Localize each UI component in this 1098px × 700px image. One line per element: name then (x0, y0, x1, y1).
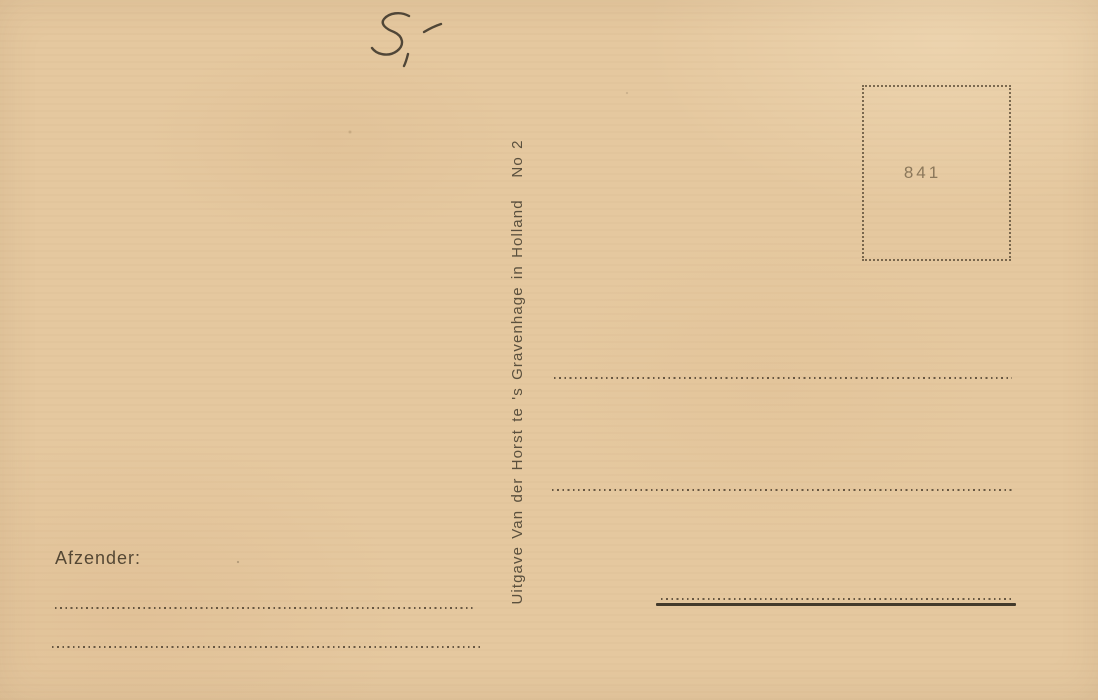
sender-line-2 (52, 646, 480, 648)
pencil-marks-icon (362, 5, 458, 71)
stamp-box-number: 841 (904, 163, 941, 183)
address-line-1 (554, 377, 1012, 379)
address-line-2 (552, 489, 1014, 491)
handwritten-price: 5,- (362, 5, 458, 71)
publisher-imprint: Uitgave Van der Horst te 's Gravenhage i… (509, 122, 533, 622)
sender-line-1 (55, 607, 476, 609)
postcard-back: 5,- 841 Uitgave Van der Horst te 's Grav… (0, 0, 1098, 700)
address-line-3-dotted (661, 598, 1011, 600)
address-line-3-solid (656, 603, 1016, 606)
stamp-box: 841 (862, 85, 1011, 261)
sender-label: Afzender: (55, 548, 141, 569)
